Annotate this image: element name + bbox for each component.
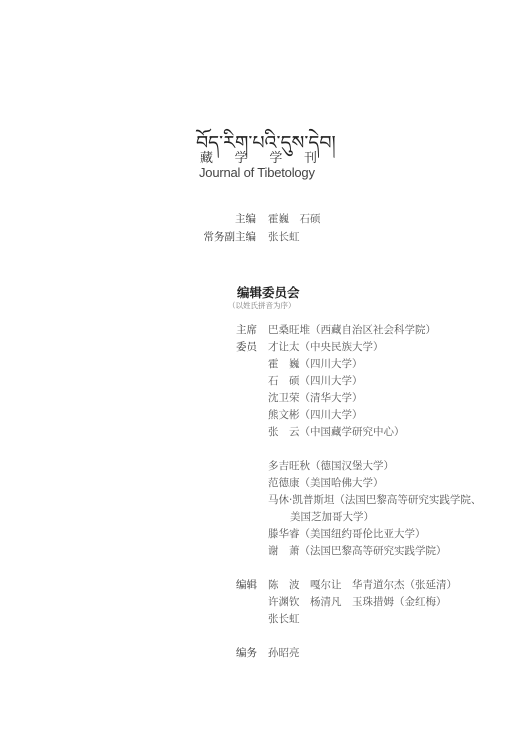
chair-label: 主席 bbox=[236, 322, 257, 337]
editorial-line: 许渊钦 杨清凡 玉珠措姆（金红梅） bbox=[268, 594, 447, 609]
deputy-editor-value: 张长虹 bbox=[268, 229, 300, 244]
member-item: 张 云（中国藏学研究中心） bbox=[268, 424, 405, 439]
member-item: 石 硕（四川大学） bbox=[268, 373, 363, 388]
member-item: 才让太（中央民族大学） bbox=[268, 339, 384, 354]
foreign-member-item: 多吉旺秋（德国汉堡大学） bbox=[268, 458, 394, 473]
member-item: 霍 巍（四川大学） bbox=[268, 356, 363, 371]
chief-editor-label: 主编 bbox=[176, 211, 256, 226]
chinese-title: 藏 学 学 刊 bbox=[200, 147, 317, 166]
chinese-title-char: 学 bbox=[235, 147, 248, 166]
editorial-label: 编辑 bbox=[236, 577, 257, 592]
board-title: 编辑委员会 bbox=[237, 283, 300, 301]
editorial-line: 陈 波 嘎尔让 华青道尔杰（张延清） bbox=[268, 577, 457, 592]
affairs-value: 孙昭亮 bbox=[268, 645, 300, 660]
deputy-editor-label: 常务副主编 bbox=[176, 229, 256, 244]
member-item: 沈卫荣（清华大学） bbox=[268, 390, 363, 405]
foreign-member-item: 谢 萧（法国巴黎高等研究实践学院） bbox=[268, 543, 447, 558]
chair-value: 巴桑旺堆（西藏自治区社会科学院） bbox=[268, 322, 436, 337]
chief-editor-value: 霍巍 石硕 bbox=[268, 211, 321, 226]
chinese-title-char: 刊 bbox=[304, 147, 317, 166]
foreign-member-item: 范德康（美国哈佛大学） bbox=[268, 475, 384, 490]
affairs-label: 编务 bbox=[236, 645, 257, 660]
foreign-member-item: 马休·凯普斯坦（法国巴黎高等研究实践学院、 bbox=[268, 492, 481, 507]
chinese-title-char: 藏 bbox=[200, 147, 213, 166]
board-note: （以姓氏拼音为序） bbox=[228, 300, 296, 311]
chinese-title-char: 学 bbox=[269, 147, 282, 166]
english-title: Journal of Tibetology bbox=[199, 165, 315, 180]
member-item: 熊文彬（四川大学） bbox=[268, 407, 363, 422]
editorial-line: 张长虹 bbox=[268, 611, 300, 626]
members-label: 委员 bbox=[236, 339, 257, 354]
foreign-member-item: 滕华睿（美国纽约哥伦比亚大学） bbox=[268, 526, 426, 541]
foreign-member-item-cont: 美国芝加哥大学） bbox=[290, 509, 374, 524]
